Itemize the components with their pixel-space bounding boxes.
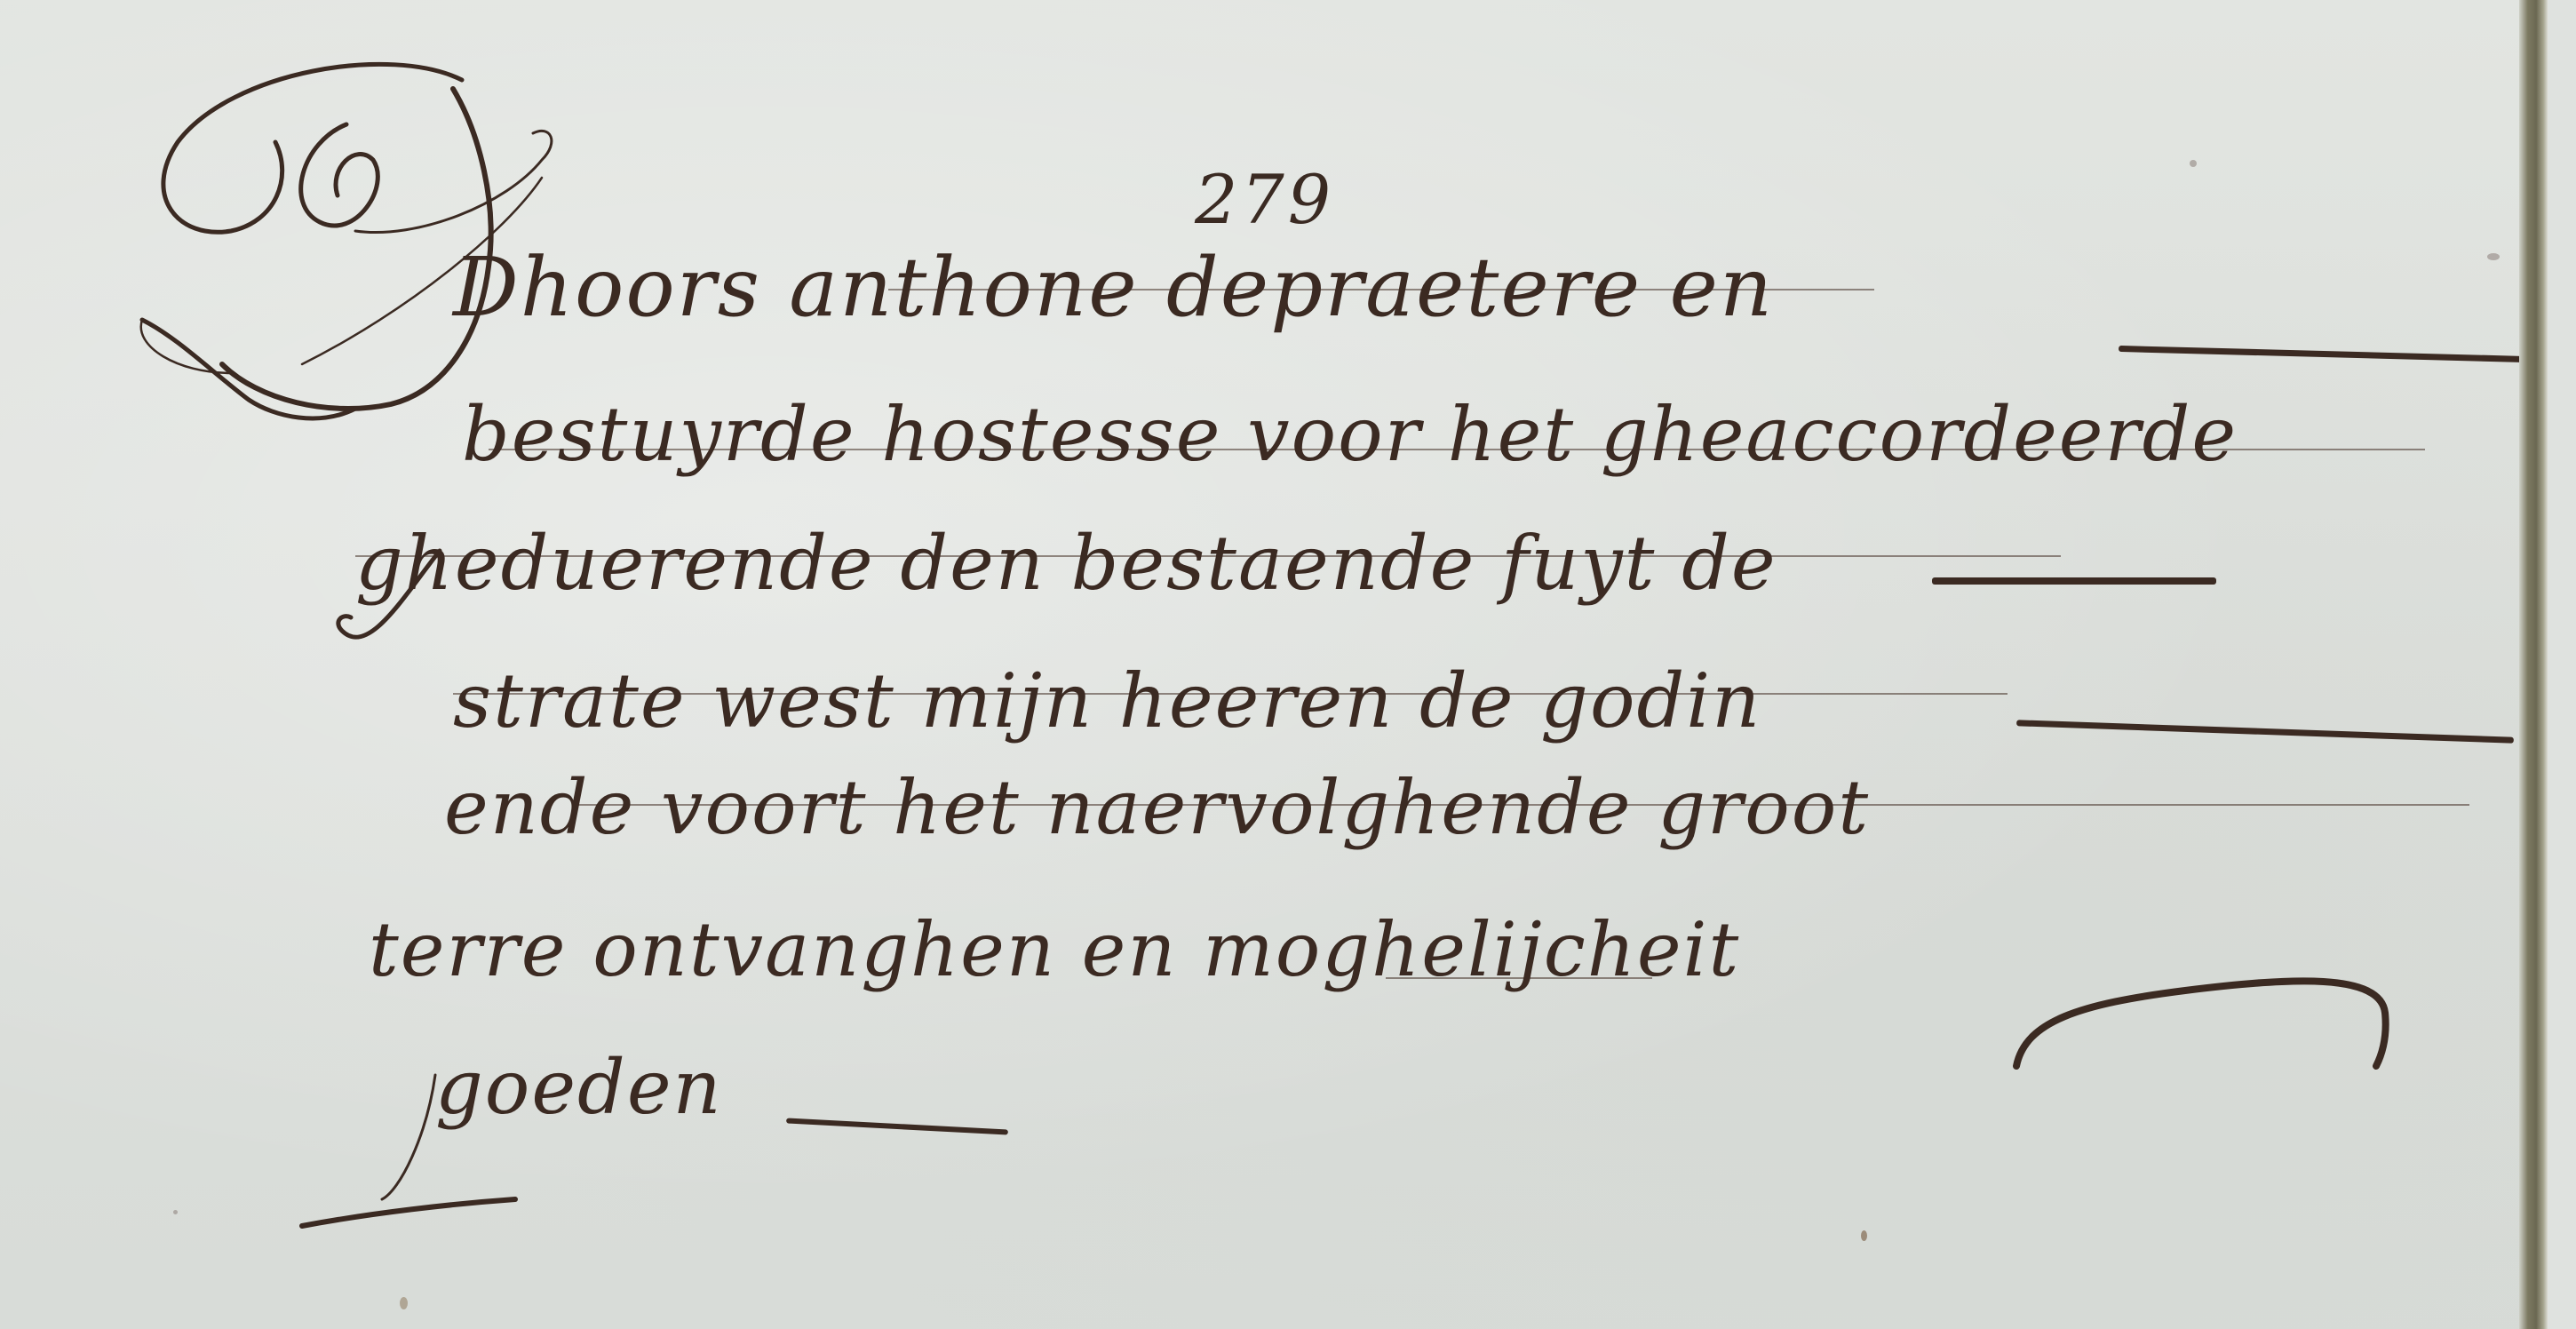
line-end-hook-flourish-icon [2008,968,2398,1075]
text-line-7: goeden [435,1044,723,1131]
line-end-flourish [1932,577,2216,585]
manuscript-page: 279 Dhoors anthone depraetere en bestuyr… [0,0,2548,1329]
line-text: gheduerende den bestaende fuyt de [355,520,1777,607]
text-line-4: strate west mijn heeren de godin [453,657,1761,744]
manuscript-text: Dhoors anthone depraetere en bestuyrde h… [0,0,2548,1329]
line-end-flourish [786,1118,1008,1134]
line-end-flourish [2016,720,2514,744]
line-text: terre ontvanghen en moghelijcheit [369,906,1740,993]
text-line-6: terre ontvanghen en moghelijcheit [369,906,1740,993]
line-text: strate west mijn heeren de godin [453,657,1761,744]
line-text: bestuyrde hostesse voor het gheaccordeer… [462,391,2238,478]
text-line-5: ende voort het naervolghende groot [444,764,1870,851]
line-text: goeden [435,1044,723,1131]
text-line-3: gheduerende den bestaende fuyt de [355,520,1777,607]
line-end-flourish [2119,346,2527,362]
book-binding-edge [2519,0,2548,1329]
line-text: Dhoors anthone depraetere en [453,240,1774,335]
line-text: ende voort het naervolghende groot [444,764,1870,851]
text-line-1: Dhoors anthone depraetere en [453,240,1774,335]
text-line-2: bestuyrde hostesse voor het gheaccordeer… [462,391,2238,478]
